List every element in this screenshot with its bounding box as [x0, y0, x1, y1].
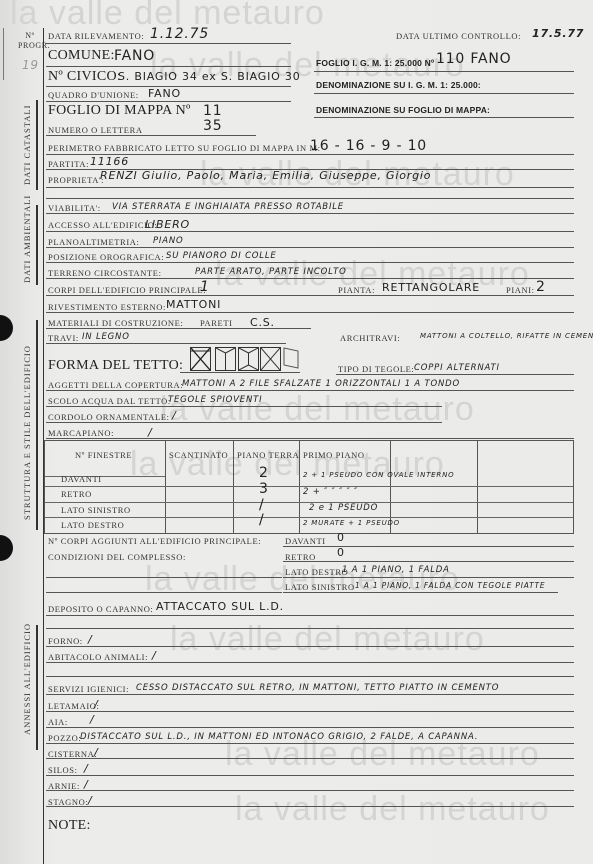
piani-value[interactable]: 2	[536, 279, 546, 295]
section-bracket	[36, 320, 38, 530]
field-underline	[283, 546, 574, 547]
cordolo-label: CORDOLO ORNAMENTALE:	[48, 412, 170, 422]
partita-value[interactable]: 11166	[90, 155, 129, 168]
scolo-value[interactable]: TEGOLE SPIOVENTI	[168, 395, 262, 405]
posizione-label: POSIZIONE OROGRAFICA:	[48, 252, 164, 262]
field-underline	[46, 213, 574, 214]
quadro-label: QUADRO D'UNIONE:	[48, 90, 139, 100]
field-underline	[46, 646, 574, 647]
section-bracket	[36, 625, 38, 750]
terreno-value[interactable]: PARTE ARATO, PARTE INCOLTO	[195, 267, 347, 277]
abitacolo-label: ABITACOLO ANIMALI:	[48, 652, 148, 662]
igm-label: FOGLIO I. G. M. 1: 25.000 Nº	[316, 58, 434, 68]
field-underline	[46, 43, 291, 44]
progr-box-edge	[3, 28, 4, 80]
planoaltimetria-value[interactable]: PIANO	[153, 236, 184, 246]
igm-value[interactable]: 110 FANO	[436, 51, 511, 67]
corpi-value[interactable]: 1	[200, 279, 210, 295]
field-underline	[46, 438, 574, 439]
field-underline	[46, 231, 574, 232]
field-underline	[46, 247, 574, 248]
field-underline	[46, 758, 574, 759]
section-dati-catastali: DATI CATASTALI	[22, 105, 32, 185]
aggetti-label: AGGETTI DELLA COPERTURA:	[48, 380, 183, 390]
table-header-scantinato: SCANTINATO	[169, 450, 228, 460]
field-underline	[46, 262, 574, 263]
foglio-label: FOGLIO DI MAPPA Nº	[48, 103, 191, 119]
watermark: la valle del metauro	[170, 620, 485, 659]
forno-value[interactable]: /	[88, 633, 93, 646]
tipo-tegole-label: TIPO DI TEGOLE:	[338, 364, 414, 374]
section-annessi: ANNESSI ALL'EDIFICIO	[22, 623, 32, 735]
field-underline	[46, 390, 574, 391]
lato-destro-label: LATO DESTRO	[285, 567, 348, 577]
deposito-value[interactable]: ATTACCATO SUL L.D.	[156, 600, 284, 613]
watermark: la valle del metauro	[235, 790, 550, 829]
field-underline	[46, 135, 256, 136]
silos-label: SILOS:	[48, 765, 78, 775]
tipo-tegole-value[interactable]: COPPI ALTERNATI	[414, 363, 500, 373]
section-struttura-stile: STRUTTURA E STILE DELL'EDIFICIO	[22, 345, 32, 520]
section-bracket	[36, 100, 38, 190]
field-underline	[46, 198, 574, 199]
pianta-label: PIANTA:	[338, 285, 375, 295]
civico-value[interactable]: S. BIAGIO 34 ex S. BIAGIO 30	[118, 70, 301, 83]
field-underline	[46, 295, 574, 296]
field-underline	[46, 694, 574, 695]
scolo-label: SCOLO ACQUA DAL TETTO:	[48, 396, 171, 406]
field-underline	[46, 711, 574, 712]
civico-label: Nº CIVICO:	[48, 69, 121, 85]
table-cell-piano-terra[interactable]: /	[259, 512, 265, 528]
roof-falda-unica-icon[interactable]	[283, 347, 302, 369]
silos-value[interactable]: /	[84, 762, 89, 775]
field-underline	[46, 278, 574, 279]
progr-value: 19	[22, 58, 39, 72]
viabilita-label: VIABILITA':	[48, 203, 101, 213]
field-underline	[46, 312, 574, 313]
field-underline	[46, 662, 574, 663]
servizi-value[interactable]: CESSO DISTACCATO SUL RETRO, IN MATTONI, …	[136, 683, 499, 693]
table-cell-primo-piano[interactable]: 2 + 1 PSEUDO CON OVALE INTERNO	[303, 471, 454, 479]
note-label: NOTE:	[48, 818, 91, 834]
travi-value[interactable]: IN LEGNO	[82, 332, 130, 342]
field-underline	[46, 743, 574, 744]
field-underline	[336, 374, 574, 375]
finestre-table: Nº FINESTRE SCANTINATO PIANO TERRA PRIMO…	[44, 440, 574, 534]
field-underline	[283, 561, 574, 562]
proprieta-value[interactable]: RENZI Giulio, Paolo, Maria, Emilia, Gius…	[100, 169, 431, 182]
perimetro-label: PERIMETRO FABBRICATO LETTO SU FOGLIO DI …	[48, 143, 321, 153]
table-cell-piano-terra[interactable]: 3	[259, 481, 269, 497]
posizione-value[interactable]: SU PIANORO DI COLLE	[166, 251, 277, 261]
marcapiano-label: MARCAPIANO:	[48, 428, 114, 438]
corpi-aggiunti-label: Nº CORPI AGGIUNTI ALL'EDIFICIO PRINCIPAL…	[48, 536, 261, 546]
den-igm-label: DENOMINAZIONE SU I. G. M. 1: 25.000:	[316, 80, 481, 90]
field-underline	[46, 66, 291, 67]
retro-value[interactable]: 0	[337, 546, 345, 559]
perimetro-value[interactable]: 16 - 16 - 9 - 10	[310, 138, 427, 154]
field-underline	[46, 406, 442, 407]
section-dati-ambientali: DATI AMBIENTALI	[22, 195, 32, 283]
foglio-value[interactable]: 11	[203, 103, 222, 119]
table-row-label: LATO DESTRO	[61, 520, 124, 530]
field-underline	[46, 422, 442, 423]
field-underline	[46, 806, 574, 807]
aggetti-value[interactable]: MATTONI A 2 FILE SFALZATE 1 ORIZZONTALI …	[182, 379, 460, 389]
field-underline	[46, 101, 291, 102]
data-rilevamento-label: DATA RILEVAMENTO:	[48, 31, 144, 41]
field-underline	[46, 343, 286, 344]
data-ultimo-controllo-value[interactable]: 17.5.77	[532, 27, 584, 40]
table-row-label: LATO SINISTRO	[61, 505, 131, 515]
davanti-label: DAVANTI	[285, 536, 326, 546]
lato-sinistro-label: LATO SINISTRO	[285, 582, 355, 592]
lato-sinistro-value[interactable]: 1 A 1 PIANO, 1 FALDA CON TEGOLE PIATTE	[355, 581, 545, 590]
condizioni-label: CONDIZIONI DEL COMPLESSO:	[48, 552, 186, 562]
table-header-piano-terra: PIANO TERRA	[237, 450, 299, 460]
viabilita-value[interactable]: VIA STERRATA E INGHIAIATA PRESSO ROTABIL…	[112, 202, 344, 212]
den-foglio-label: DENOMINAZIONE SU FOGLIO DI MAPPA:	[316, 105, 490, 115]
servizi-label: SERVIZI IGIENICI:	[48, 684, 129, 694]
corpi-label: CORPI DELL'EDIFICIO PRINCIPALE:	[48, 285, 206, 295]
punch-hole	[0, 535, 13, 561]
numero-value[interactable]: 35	[203, 118, 222, 134]
table-header-primo-piano: PRIMO PIANO	[303, 450, 365, 460]
pozzo-label: POZZO:	[48, 733, 81, 743]
proprieta-label: PROPRIETA':	[48, 175, 104, 185]
table-row-label: RETRO	[61, 489, 92, 499]
data-ultimo-controllo-label: DATA ULTIMO CONTROLLO:	[396, 31, 521, 41]
data-rilevamento-value[interactable]: 1.12.75	[150, 26, 209, 42]
pozzo-value[interactable]: DISTACCATO SUL L.D., IN MATTONI ED INTON…	[80, 732, 478, 742]
progr-label: Nº PROGR.	[18, 31, 42, 51]
table-cell-primo-piano[interactable]: 2 + ″ ″ ″ ″ ″	[303, 487, 358, 497]
forma-tetto-label: FORMA DEL TETTO:	[48, 358, 183, 374]
field-underline	[46, 187, 574, 188]
deposito-label: DEPOSITO o CAPANNO:	[48, 604, 153, 614]
survey-form-sheet: la valle del metauro la valle del metaur…	[0, 0, 593, 864]
materiali-label: MATERIALI DI COSTRUZIONE:	[48, 318, 183, 328]
field-underline	[283, 577, 574, 578]
planoaltimetria-label: PLANOALTIMETRIA:	[48, 237, 139, 247]
architravi-label: ARCHITRAVI:	[340, 333, 400, 343]
roof-capanna-icon[interactable]	[215, 347, 236, 371]
rivestimento-value[interactable]: MATTONI	[166, 298, 221, 311]
letamaio-value[interactable]: /	[94, 698, 99, 711]
field-underline	[314, 117, 574, 118]
rivestimento-label: RIVESTIMENTO ESTERNO:	[48, 302, 166, 312]
quadro-value[interactable]: FANO	[148, 87, 181, 100]
accesso-value[interactable]: LIBERO	[145, 218, 190, 231]
field-underline	[314, 93, 574, 94]
letamaio-label: LETAMAIO:	[48, 701, 99, 711]
aia-value[interactable]: /	[90, 713, 95, 726]
davanti-value[interactable]: 0	[337, 531, 345, 544]
cordolo-value[interactable]: /	[172, 409, 177, 422]
forno-label: FORNO:	[48, 636, 83, 646]
partita-label: PARTITA:	[48, 159, 89, 169]
travi-label: TRAVI:	[48, 333, 79, 343]
comune-label: COMUNE:	[48, 48, 115, 64]
punch-hole	[0, 315, 13, 341]
pianta-value[interactable]: RETTANGOLARE	[382, 281, 480, 294]
table-header-finestre: Nº FINESTRE	[75, 450, 132, 460]
roof-padiglione-croce-icon[interactable]	[260, 347, 281, 371]
pareti-label: PARETI	[200, 318, 233, 328]
table-cell-primo-piano[interactable]: 2 MURATE + 1 PSEUDO	[303, 519, 400, 527]
aia-label: AIA:	[48, 717, 68, 727]
table-cell-piano-terra[interactable]: 2	[259, 465, 269, 481]
field-underline	[46, 628, 574, 629]
field-underline	[180, 372, 300, 373]
field-underline	[46, 790, 574, 791]
field-underline	[46, 676, 574, 677]
accesso-label: ACCESSO ALL'EDIFICIO:	[48, 220, 157, 230]
table-cell-piano-terra[interactable]: /	[259, 497, 265, 513]
numero-label: NUMERO o LETTERA	[48, 125, 143, 135]
field-underline	[46, 727, 574, 728]
field-underline	[46, 615, 574, 616]
table-row-label: DAVANTI	[61, 474, 102, 484]
table-cell-primo-piano[interactable]: 2 e 1 PSEUDO	[309, 503, 378, 513]
roof-capanna-doppia-icon[interactable]	[238, 347, 259, 371]
lato-destro-value[interactable]: 1 A 1 PIANO, 1 FALDA	[342, 565, 450, 575]
section-bracket	[36, 205, 38, 285]
field-underline	[46, 775, 574, 776]
roof-padiglione-icon[interactable]	[190, 347, 211, 371]
abitacolo-value[interactable]: /	[152, 649, 157, 662]
piani-label: PIANI:	[506, 285, 535, 295]
field-underline	[46, 592, 282, 593]
field-underline	[46, 577, 282, 578]
architravi-value[interactable]: MATTONI A COLTELLO, RIFATTE IN CEMENTO	[420, 332, 593, 340]
terreno-label: TERRENO CIRCOSTANTE:	[48, 268, 162, 278]
field-underline	[283, 592, 558, 593]
field-underline	[314, 71, 574, 72]
field-underline	[46, 328, 311, 329]
comune-value[interactable]: FANO	[114, 48, 155, 64]
